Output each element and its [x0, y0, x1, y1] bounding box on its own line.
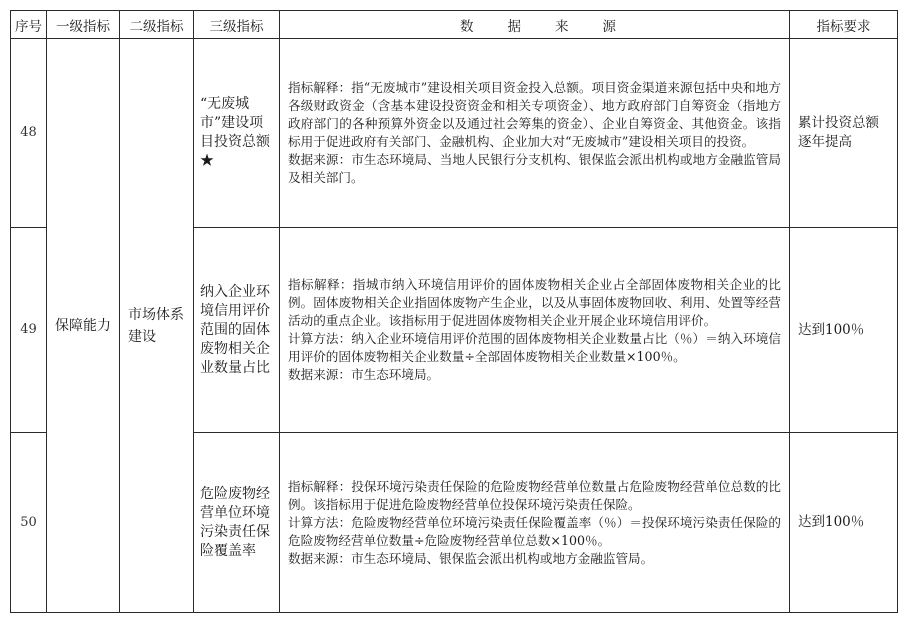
header-level1: 一级指标 [47, 11, 120, 39]
table-row: 48 保障能力 市场体系建设 “无废城市”建设项目投资总额★ 指标解释：指“无废… [11, 39, 898, 228]
indicator-explanation: 指标解释：投保环境污染责任保险的危险废物经营单位数量占危险废物经营单位总数的比例… [288, 478, 781, 514]
indicator-requirement: 达到100％ [790, 433, 898, 613]
level1-indicator: 保障能力 [47, 39, 120, 613]
level2-indicator: 市场体系建设 [120, 39, 194, 613]
level3-indicator: 危险废物经营单位环境污染责任保险覆盖率 [194, 433, 280, 613]
calculation-method: 计算方法：危险废物经营单位环境污染责任保险覆盖率（％）＝投保环境污染责任保险的危… [288, 514, 781, 550]
row-index: 48 [11, 39, 47, 228]
row-index: 49 [11, 228, 47, 433]
header-source: 数据来源 [280, 11, 790, 39]
header-requirement: 指标要求 [790, 11, 898, 39]
header-row: 序号 一级指标 二级指标 三级指标 数据来源 指标要求 [11, 11, 898, 39]
data-source-cell: 指标解释：指“无废城市”建设相关项目资金投入总额。项目资金渠道来源包括中央和地方… [280, 39, 790, 228]
header-level2: 二级指标 [120, 11, 194, 39]
data-source-text: 数据来源：市生态环境局。 [288, 366, 781, 384]
indicator-explanation: 指标解释：指城市纳入环境信用评价的固体废物相关企业占全部固体废物相关企业的比例。… [288, 276, 781, 330]
row-index: 50 [11, 433, 47, 613]
data-source-text: 数据来源：市生态环境局、当地人民银行分支机构、银保监会派出机构或地方金融监管局及… [288, 151, 781, 187]
header-index: 序号 [11, 11, 47, 39]
level3-indicator: 纳入企业环境信用评价范围的固体废物相关企业数量占比 [194, 228, 280, 433]
indicator-requirement: 达到100％ [790, 228, 898, 433]
header-level3: 三级指标 [194, 11, 280, 39]
data-source-cell: 指标解释：指城市纳入环境信用评价的固体废物相关企业占全部固体废物相关企业的比例。… [280, 228, 790, 433]
indicator-requirement: 累计投资总额逐年提高 [790, 39, 898, 228]
indicator-table: 序号 一级指标 二级指标 三级指标 数据来源 指标要求 48 保障能力 市场体系… [10, 10, 898, 613]
data-source-text: 数据来源：市生态环境局、银保监会派出机构或地方金融监管局。 [288, 550, 781, 568]
level3-indicator: “无废城市”建设项目投资总额★ [194, 39, 280, 228]
indicator-explanation: 指标解释：指“无废城市”建设相关项目资金投入总额。项目资金渠道来源包括中央和地方… [288, 79, 781, 151]
calculation-method: 计算方法：纳入企业环境信用评价范围的固体废物相关企业数量占比（％）＝纳入环境信用… [288, 330, 781, 366]
data-source-cell: 指标解释：投保环境污染责任保险的危险废物经营单位数量占危险废物经营单位总数的比例… [280, 433, 790, 613]
